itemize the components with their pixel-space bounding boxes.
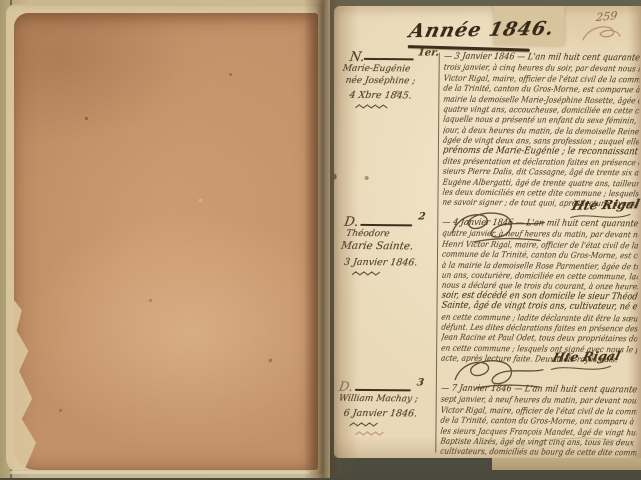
act-number: 1er. xyxy=(417,47,440,58)
right-written-page: Année 1846. 259 N. 1er. Marie-Eugénie né… xyxy=(334,6,641,458)
margin-dash xyxy=(364,58,414,60)
margin-date: 4 Xbre 1845. xyxy=(349,90,413,102)
margin-dash xyxy=(355,389,411,391)
torn-edge xyxy=(14,300,40,470)
ink-stain xyxy=(365,176,369,180)
underline-squiggle-icon xyxy=(355,104,391,110)
underline-squiggle-icon xyxy=(352,271,384,277)
signature-flourish-icon xyxy=(549,363,613,374)
year-title: Année 1846. xyxy=(407,18,557,42)
act-number: 2 xyxy=(418,211,427,222)
margin-name: Marie-Eugénie xyxy=(342,64,411,75)
ink-stain xyxy=(334,174,337,180)
margin-name: née Joséphine ; xyxy=(345,76,416,87)
margin-name: Théodore xyxy=(345,229,390,239)
left-page-bottom-edge xyxy=(10,471,310,474)
act-text-block: — 7 Janvier 1846 — L'an mil huit cent qu… xyxy=(440,384,637,458)
margin-date: 3 Janvier 1846. xyxy=(343,257,418,269)
margin-rule xyxy=(435,53,440,453)
margin-name: William Machay ; xyxy=(338,394,419,405)
margin-name: Marie Sainte. xyxy=(340,240,414,253)
underline-squiggle-icon xyxy=(355,431,385,437)
act-number: 3 xyxy=(416,377,425,388)
folio-flourish-icon xyxy=(580,22,622,46)
act-text-block: — 4 Janvier 1846 — L'an mil huit cent qu… xyxy=(441,218,638,365)
act-text-block: — 3 Janvier 1846 — L'an mil huit cent qu… xyxy=(442,52,639,210)
register-book-scan: Année 1846. 259 N. 1er. Marie-Eugénie né… xyxy=(0,0,641,480)
left-blank-page xyxy=(14,13,318,470)
handwriting-line: cultivateurs, domiciliés au bourg de cet… xyxy=(440,446,617,458)
margin-date: 6 Janvier 1846. xyxy=(343,408,418,420)
act-type-letter: D. xyxy=(343,215,359,230)
act-type-letter: D. xyxy=(338,380,354,395)
underline-squiggle-icon xyxy=(349,422,381,428)
page-content: Année 1846. 259 N. 1er. Marie-Eugénie né… xyxy=(334,6,641,458)
paper-specks xyxy=(0,0,1,1)
margin-dash xyxy=(360,224,412,226)
